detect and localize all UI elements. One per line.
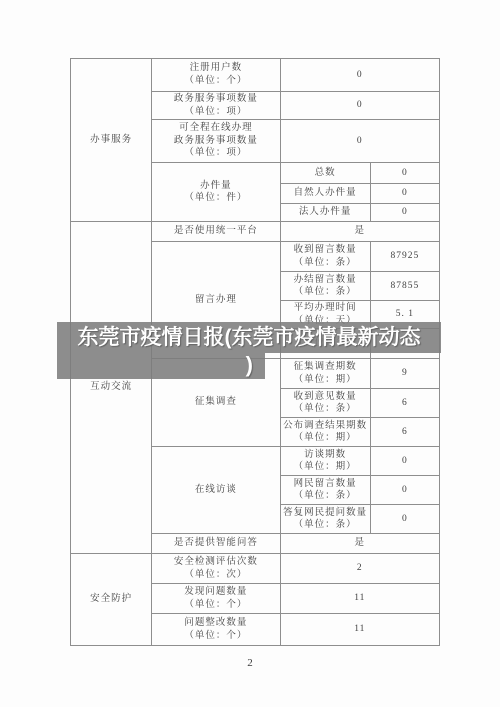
value-cell: 11 (280, 584, 439, 614)
label-cell: 政务服务事项数量（单位：项） (152, 92, 280, 120)
value-cell: 87855 (370, 272, 439, 301)
label-cell: 是否提供智能问答 (152, 534, 280, 554)
sub-label-cell: 收到留言数量（单位：条） (280, 242, 370, 272)
banner-overlay-title: 东莞市疫情日报(东莞市疫情最新动态 (57, 322, 441, 353)
row-label: 网民留言数量 (283, 478, 368, 491)
value-cell: 87925 (370, 242, 439, 272)
label-cell: 问题整改数量（单位：个） (152, 614, 280, 646)
row-unit: （单位：条） (283, 403, 368, 416)
label-cell: 发现问题数量（单位：个） (152, 584, 280, 614)
sub-label-cell: 网民留言数量（单位：条） (280, 476, 370, 505)
report-page: 办事服务 注册用户数（单位：个） 0 政务服务事项数量（单位：项） 0 可全程在… (0, 0, 500, 707)
row-label: 访谈期数 (283, 449, 368, 462)
row-unit: （单位：期） (283, 461, 368, 474)
value-cell: 9 (370, 359, 439, 389)
label-cell: 注册用户数（单位：个） (152, 59, 280, 92)
row-label: 安全检测评估次数 (154, 556, 277, 569)
row-unit: （单位：条） (283, 519, 368, 532)
value-cell: 0 (370, 184, 439, 204)
group-cell-interview: 在线访谈 (152, 447, 280, 534)
sub-label-cell: 总数 (280, 163, 370, 184)
banner-overlay-title-wrap: ) (57, 353, 265, 379)
sub-label-cell: 法人办件量 (280, 204, 370, 222)
row-unit: （单位：项） (154, 106, 277, 119)
label-cell: 安全检测评估次数（单位：次） (152, 554, 280, 584)
group-cell-caseload: 办件量（单位：件） (152, 163, 280, 222)
value-cell: 0 (280, 120, 439, 163)
row-unit: （单位：期） (283, 432, 368, 445)
value-cell: 0 (280, 92, 439, 120)
group-label: 办件量 (154, 180, 277, 193)
value-cell: 0 (370, 204, 439, 222)
row-unit: （单位：条） (283, 490, 368, 503)
row-label: 平均办理时间 (283, 302, 368, 315)
value-cell: 0 (370, 163, 439, 184)
row-label: 答复网民提问数量 (283, 507, 368, 520)
row-label: 办结留言数量 (283, 274, 368, 287)
row-label: 收到意见数量 (283, 391, 368, 404)
row-unit: （单位：期） (283, 374, 368, 387)
value-cell: 11 (280, 614, 439, 646)
value-cell: 0 (280, 59, 439, 92)
value-cell: 0 (370, 447, 439, 476)
sub-label-cell: 征集调查期数（单位：期） (280, 359, 370, 389)
sub-label-cell: 收到意见数量（单位：条） (280, 389, 370, 418)
section-cell-security: 安全防护 (71, 554, 152, 646)
row-label: 注册用户数 (154, 62, 277, 75)
sub-label-cell: 自然人办件量 (280, 184, 370, 204)
group-unit: （单位：件） (154, 192, 277, 205)
value-cell: 是 (280, 222, 439, 242)
row-label: 公布调查结果期数 (283, 420, 368, 433)
value-cell: 0 (370, 505, 439, 534)
sub-label-cell: 办结留言数量（单位：条） (280, 272, 370, 301)
value-cell: 6 (370, 389, 439, 418)
row-unit: （单位：次） (154, 569, 277, 582)
row-unit: （单位：项） (154, 147, 277, 160)
value-cell: 0 (370, 476, 439, 505)
row-unit: （单位：条） (283, 286, 368, 299)
label-cell: 是否使用统一平台 (152, 222, 280, 242)
row-label: 问题整改数量 (154, 617, 277, 630)
row-label: 政务服务事项数量 (154, 93, 277, 106)
label-cell: 可全程在线办理政务服务事项数量（单位：项） (152, 120, 280, 163)
section-cell-services: 办事服务 (71, 59, 152, 222)
row-label: 发现问题数量 (154, 586, 277, 599)
row-label: 可全程在线办理 (154, 122, 277, 135)
row-label: 征集调查期数 (283, 361, 368, 374)
row-unit: （单位：个） (154, 599, 277, 612)
sub-label-cell: 答复网民提问数量（单位：条） (280, 505, 370, 534)
sub-label-cell: 公布调查结果期数（单位：期） (280, 418, 370, 447)
row-unit: （单位：条） (283, 257, 368, 270)
value-cell: 是 (280, 534, 439, 554)
row-label-2: 政务服务事项数量 (154, 135, 277, 148)
row-unit: （单位：个） (154, 630, 277, 643)
row-unit: （单位：个） (154, 75, 277, 88)
sub-label-cell: 访谈期数（单位：期） (280, 447, 370, 476)
value-cell: 6 (370, 418, 439, 447)
row-label: 收到留言数量 (283, 244, 368, 257)
value-cell: 2 (280, 554, 439, 584)
page-number: 2 (0, 657, 500, 669)
section-cell-interaction: 互动交流 (71, 222, 152, 554)
